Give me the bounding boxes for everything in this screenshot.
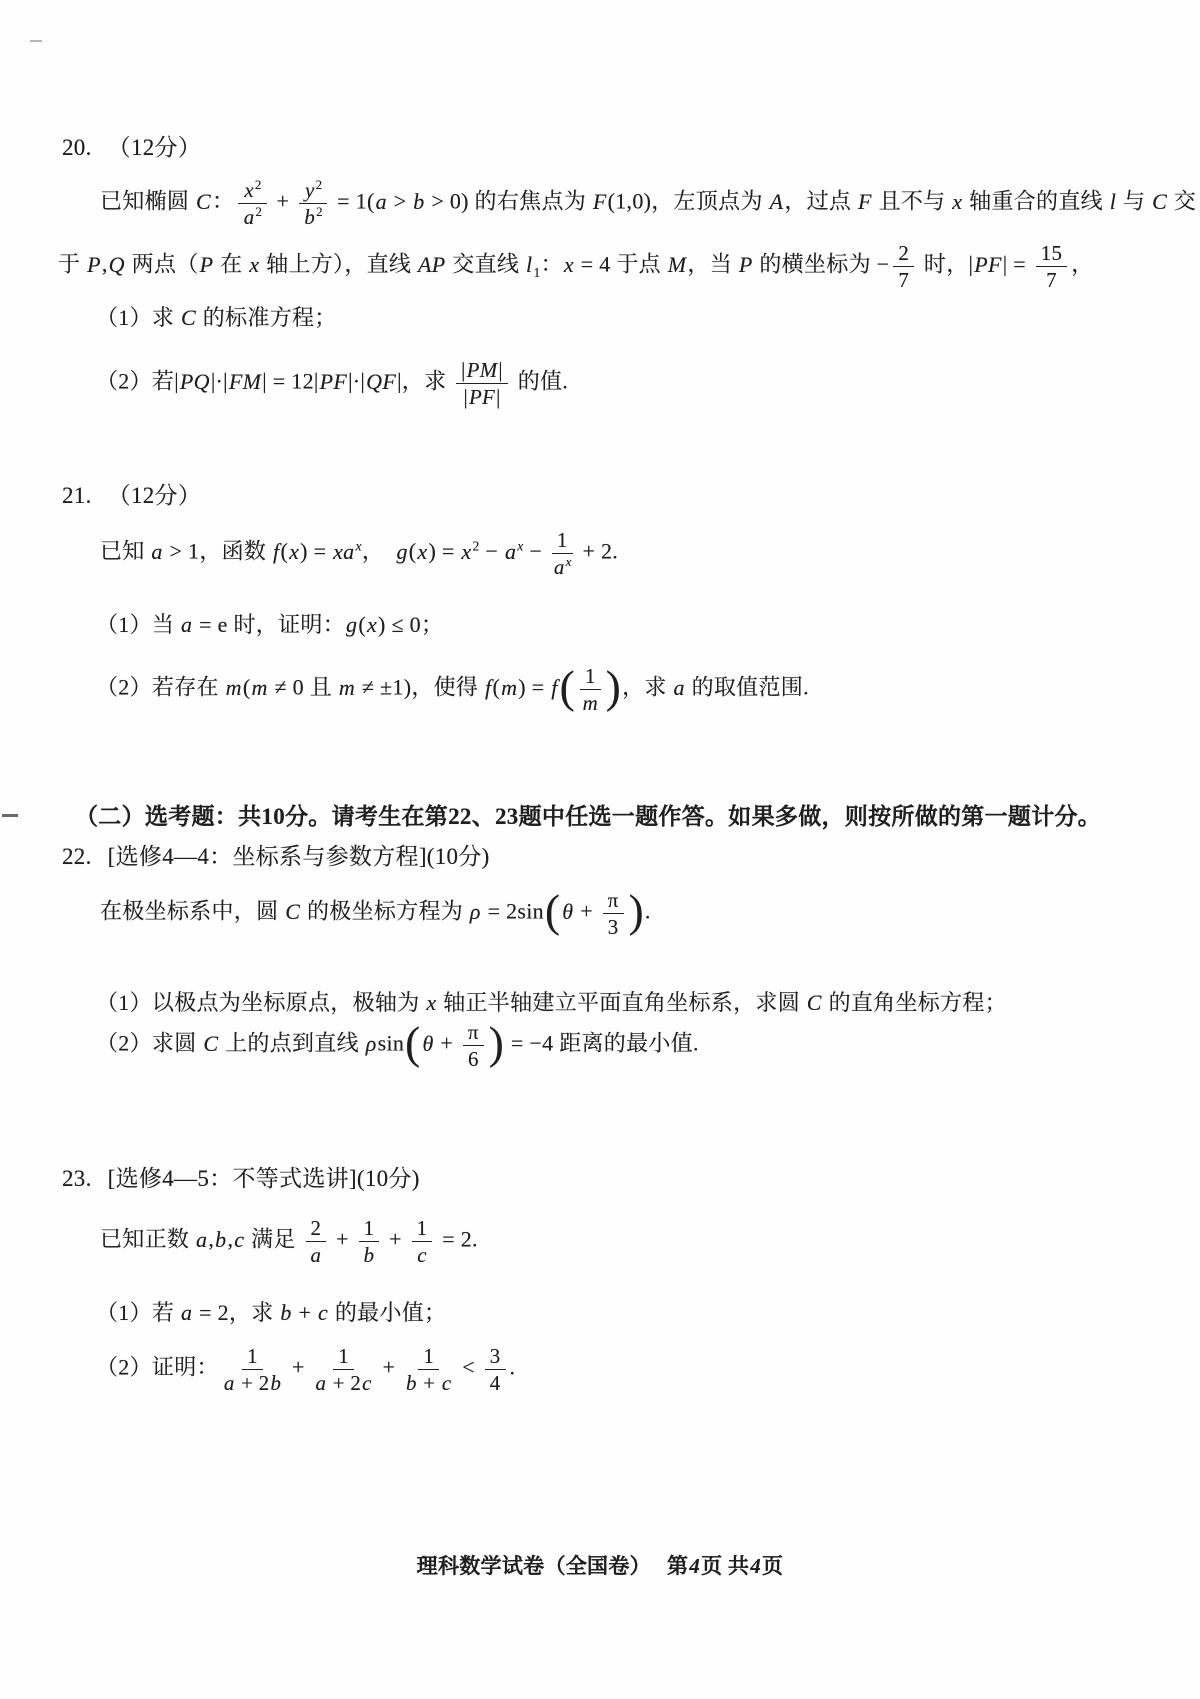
exam-page: 20.（12分） 已知椭圆 C：x2a2 + y2b2 = 1(a > b > …: [0, 0, 1200, 1699]
question-23-part-1: （1）若 a = 2，求 b + c 的最小值；: [96, 1298, 446, 1328]
question-21-part-2: （2）若存在 m(m ≠ 0 且 m ≠ ±1)，使得 f(m) = f(1m)…: [96, 664, 809, 715]
fraction: 1a + 2c: [315, 1344, 373, 1395]
fraction: π3: [603, 888, 624, 939]
question-23-stem-line-1: 已知正数 a,b,c 满足 2a + 1b + 1c = 2.: [100, 1216, 478, 1267]
fraction: 1ax: [552, 528, 573, 579]
question-21-part-1: （1）当 a = e 时，证明：g(x) ≤ 0；: [96, 610, 443, 640]
fraction: π6: [463, 1020, 484, 1071]
question-23-part-2: （2）证明：1a + 2b + 1a + 2c + 1b + c < 34.: [96, 1344, 515, 1395]
question-23-header: 23.[选修4—5：不等式选讲](10分): [62, 1163, 420, 1194]
question-20-stem-line-2: 于 P,Q 两点（P 在 x 轴上方），直线 AP 交直线 l1：x = 4 于…: [58, 241, 1094, 292]
fraction: x2a2: [238, 178, 266, 229]
fraction: 34: [485, 1344, 506, 1395]
fraction: 27: [893, 241, 914, 292]
question-22-part-1: （1）以极点为坐标原点，极轴为 x 轴正半轴建立平面直角坐标系，求圆 C 的直角…: [96, 988, 1007, 1018]
question-20-part-2: （2）若|PQ|·|FM| = 12|PF|·|QF|，求 |PM||PF| 的…: [96, 358, 568, 409]
fraction: 2a: [306, 1216, 327, 1267]
fraction: 1b + c: [405, 1344, 452, 1395]
fraction: |PM||PF|: [456, 358, 508, 409]
scan-artifact: [30, 40, 42, 42]
question-20-header: 20.（12分）: [62, 132, 201, 163]
question-22-header: 22.[选修4—4：坐标系与参数方程](10分): [62, 841, 490, 872]
question-22-stem-line-1: 在极坐标系中，圆 C 的极坐标方程为 ρ = 2sin(θ + π3).: [100, 888, 651, 939]
question-21-stem-line-1: 已知 a > 1，函数 f(x) = xax， g(x) = x2 − ax −…: [100, 528, 618, 579]
fraction: y2b2: [299, 178, 327, 229]
question-20-stem-line-1: 已知椭圆 C：x2a2 + y2b2 = 1(a > b > 0) 的右焦点为 …: [100, 178, 1196, 229]
fraction: 1a + 2b: [223, 1344, 282, 1395]
fraction: 157: [1036, 241, 1068, 292]
fraction: 1b: [359, 1216, 380, 1267]
fraction: 1c: [412, 1216, 433, 1267]
page-footer: 理科数学试卷（全国卷）第4页 共4页: [0, 1552, 1200, 1580]
margin-mark: [2, 814, 18, 817]
fraction: 1m: [580, 664, 601, 715]
section-2-instructions: （二）选考题：共10分。请考生在第22、23题中任选一题作答。如果多做，则按所做…: [75, 801, 1101, 832]
question-20-part-1: （1）求 C 的标准方程；: [96, 303, 337, 333]
question-21-header: 21.（12分）: [62, 480, 201, 511]
question-22-part-2: （2）求圆 C 上的点到直线 ρsin(θ + π6) = −4 距离的最小值.: [96, 1020, 699, 1071]
